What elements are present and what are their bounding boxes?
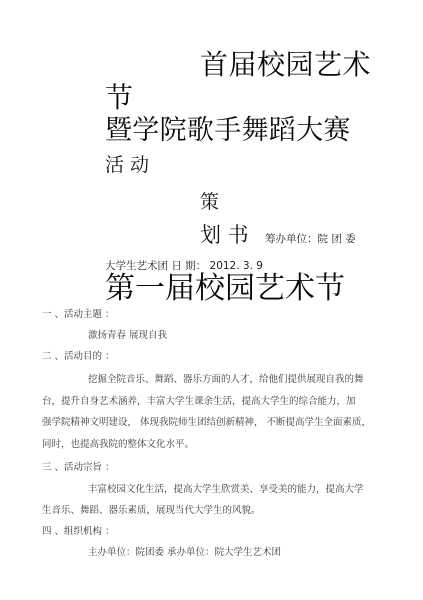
section-title-organization: 四 、组织机构 ： — [42, 527, 115, 537]
section-text: 台，提升自身艺术涵养，丰富大学生课余生活，提高大学生的综合能力，加 — [42, 397, 356, 407]
cover-title-line5: 策 — [200, 193, 219, 212]
section-title-theme: 一 、活动主题 ： — [42, 310, 115, 320]
cover-title-line2: 节 — [105, 84, 134, 112]
section-text: 生音乐、舞蹈、器乐素质，展现当代大学生的风貌。 — [42, 506, 261, 516]
section-text: 强学院精神文明建设， 体现我院师生团结创新精神， 不断提高学生全面素质， — [42, 418, 371, 428]
section-text: 丰富校园文化生活，提高大学生欣赏美、享受美的能力，提高大学 — [88, 485, 364, 495]
main-heading: 第一届校园艺术节 — [105, 274, 345, 304]
section-text: 同时，也提高我院的整体文化水平。 — [42, 440, 194, 450]
section-title-tenet: 三 、活动宗旨 ： — [42, 463, 115, 473]
section-title-purpose: 二 、活动目的 ： — [42, 352, 115, 362]
cover-title-line4: 活 动 — [105, 156, 149, 175]
section-text: 挖掘全院音乐、舞蹈、器乐方面的人才，给他们提供展现自我的舞 — [88, 375, 364, 385]
section-text: 激扬青春 展现自我 — [88, 331, 167, 341]
organizer-label: 筹办单位：院 团 委 — [265, 234, 356, 245]
cover-title-line1: 首届校园艺术 — [200, 51, 371, 79]
organizer-date-line: 大学生艺术团 日 期： 2012. 3. 9 — [105, 261, 263, 272]
section-text: 主办单位：院团委 承办单位：院大学生艺术团 — [88, 548, 281, 558]
cover-title-line6: 划 书 — [200, 225, 249, 246]
cover-title-line3: 暨学院歌手舞蹈大赛 — [105, 117, 351, 144]
